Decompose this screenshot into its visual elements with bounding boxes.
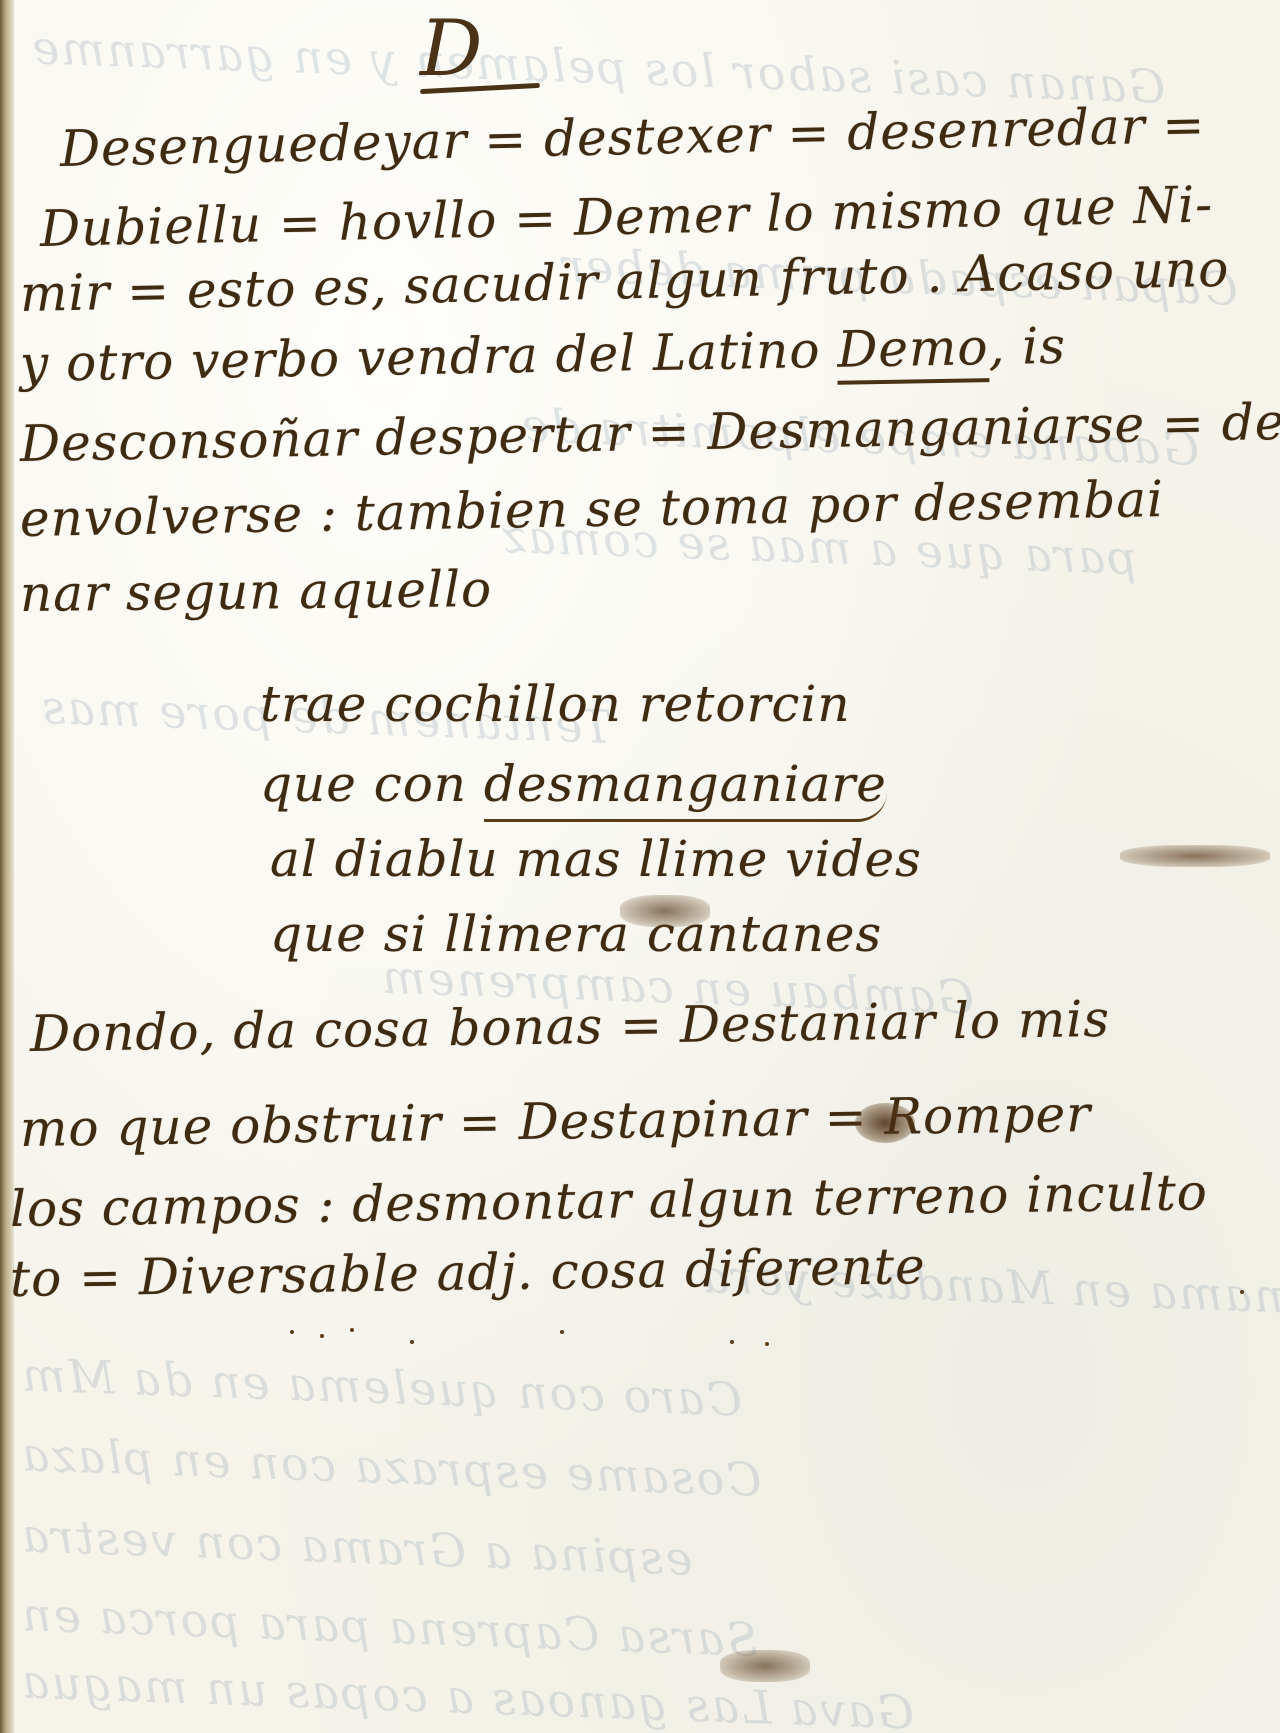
underlined-word: Demo xyxy=(837,318,989,385)
ink-speck xyxy=(410,1340,414,1344)
manuscript-line: y otro verbo vendra del Latino Demo, is xyxy=(19,317,1066,393)
manuscript-line: Desconsoñar despertar = Desmanganiarse =… xyxy=(19,392,1280,473)
ink-speck xyxy=(730,1340,734,1344)
bleed-through-line: Sarsa Caprena para porca en xyxy=(19,1587,759,1667)
ink-speck xyxy=(350,1328,354,1332)
verse-line: que con desmanganiare xyxy=(260,755,887,813)
bleed-through-line: Cosame espraza con en plaza xyxy=(19,1427,762,1507)
ink-speck xyxy=(320,1334,324,1338)
verse-line: que si llimera cantanes xyxy=(270,905,882,963)
verse-line: trae cochillon retorcin xyxy=(260,675,851,733)
manuscript-line: Desenguedeyar = destexer = desenredar = xyxy=(59,96,1205,178)
manuscript-line: to = Diversable adj. cosa diferente xyxy=(10,1237,926,1308)
manuscript-line: Dondo, da cosa bonas = Destaniar lo mis xyxy=(30,990,1111,1063)
verse-line: al diablu mas llime vides xyxy=(270,830,922,888)
ink-speck xyxy=(560,1330,564,1334)
ink-smudge xyxy=(720,1650,810,1682)
manuscript-text: , is xyxy=(988,317,1066,376)
manuscript-text: que con xyxy=(260,755,484,813)
manuscript-line: mo que obstruir = Destapinar = Romper xyxy=(20,1085,1092,1158)
underlined-word: desmanganiare xyxy=(484,755,887,822)
manuscript-line: nar segun aquello xyxy=(20,560,493,623)
ink-smudge xyxy=(620,895,710,927)
manuscript-line: los campos : desmontar algun terreno inc… xyxy=(10,1163,1209,1238)
ink-speck xyxy=(765,1342,769,1346)
section-heading-letter: D xyxy=(420,4,483,94)
ink-speck xyxy=(290,1330,294,1334)
ink-smudge xyxy=(1120,845,1270,867)
ink-speck xyxy=(1240,1290,1244,1294)
bleed-through-line: espina a Grama con vestra xyxy=(19,1508,693,1585)
bleed-through-line: Caro con quelema en da Mm xyxy=(19,1347,743,1426)
ink-blot xyxy=(855,1103,915,1143)
manuscript-line: envolverse : tambien se toma por desemba… xyxy=(19,470,1164,548)
manuscript-page: Ganan casi sabor los pelamen y en garran… xyxy=(0,0,1280,1733)
manuscript-text: y otro verbo vendra del Latino xyxy=(19,321,837,393)
binding-edge xyxy=(0,0,14,1733)
